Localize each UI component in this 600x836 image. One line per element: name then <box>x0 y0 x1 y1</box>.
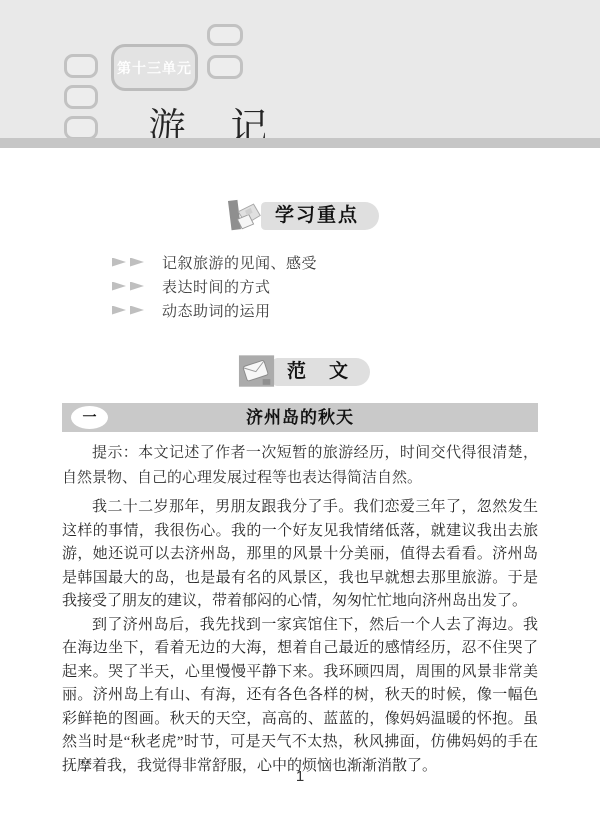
banner-divider <box>0 138 600 148</box>
article-paragraph: 我二十二岁那年，男朋友跟我分了手。我们恋爱三年了，忽然发生这样的事情，我很伤心。… <box>62 496 538 614</box>
section-header-study-focus: 学习重点 <box>226 197 379 234</box>
list-item-label: 记叙旅游的见闻、感受 <box>162 252 317 273</box>
decorative-rounded-box <box>64 54 98 78</box>
decorative-rounded-box <box>207 24 243 46</box>
book-pen-icon <box>226 197 264 234</box>
unit-label: 第十三单元 <box>117 58 192 78</box>
study-focus-list: 记叙旅游的见闻、感受 表达时间的方式 动态助词的运用 <box>112 250 317 322</box>
page-number: 1 <box>0 768 600 785</box>
list-item-label: 表达时间的方式 <box>162 276 271 297</box>
double-arrow-icon <box>112 258 148 267</box>
list-item-label: 动态助词的运用 <box>162 300 271 321</box>
double-arrow-icon <box>112 306 148 315</box>
list-item: 记叙旅游的见闻、感受 <box>112 250 317 274</box>
unit-banner: 第十三单元 游 记 <box>0 0 600 138</box>
article-title-bar: 一 济州岛的秋天 <box>62 403 538 432</box>
paper-envelope-icon <box>238 353 276 390</box>
section-title-model-text: 范 文 <box>273 358 370 386</box>
list-item: 表达时间的方式 <box>112 274 317 298</box>
unit-label-box: 第十三单元 <box>111 44 198 91</box>
article-paragraph: 到了济州岛后，我先找到一家宾馆住下，然后一个人去了海边。我在海边坐下，看着无边的… <box>62 614 538 779</box>
double-arrow-icon <box>112 282 148 291</box>
decorative-rounded-box <box>207 55 243 79</box>
article-body: 我二十二岁那年，男朋友跟我分了手。我们恋爱三年了，忽然发生这样的事情，我很伤心。… <box>62 496 538 778</box>
list-item: 动态助词的运用 <box>112 298 317 322</box>
article-title: 济州岛的秋天 <box>62 403 538 432</box>
section-header-model-text: 范 文 <box>238 353 370 390</box>
article-hint: 提示：本文记述了作者一次短暂的旅游经历，时间交代得很清楚，自然景物、自己的心理发… <box>62 441 538 491</box>
section-title-study-focus: 学习重点 <box>261 202 379 230</box>
textbook-page: 第十三单元 游 记 学习重点 记叙旅游的见闻、感受 表达时间的方式 动态助词的运… <box>0 0 600 836</box>
